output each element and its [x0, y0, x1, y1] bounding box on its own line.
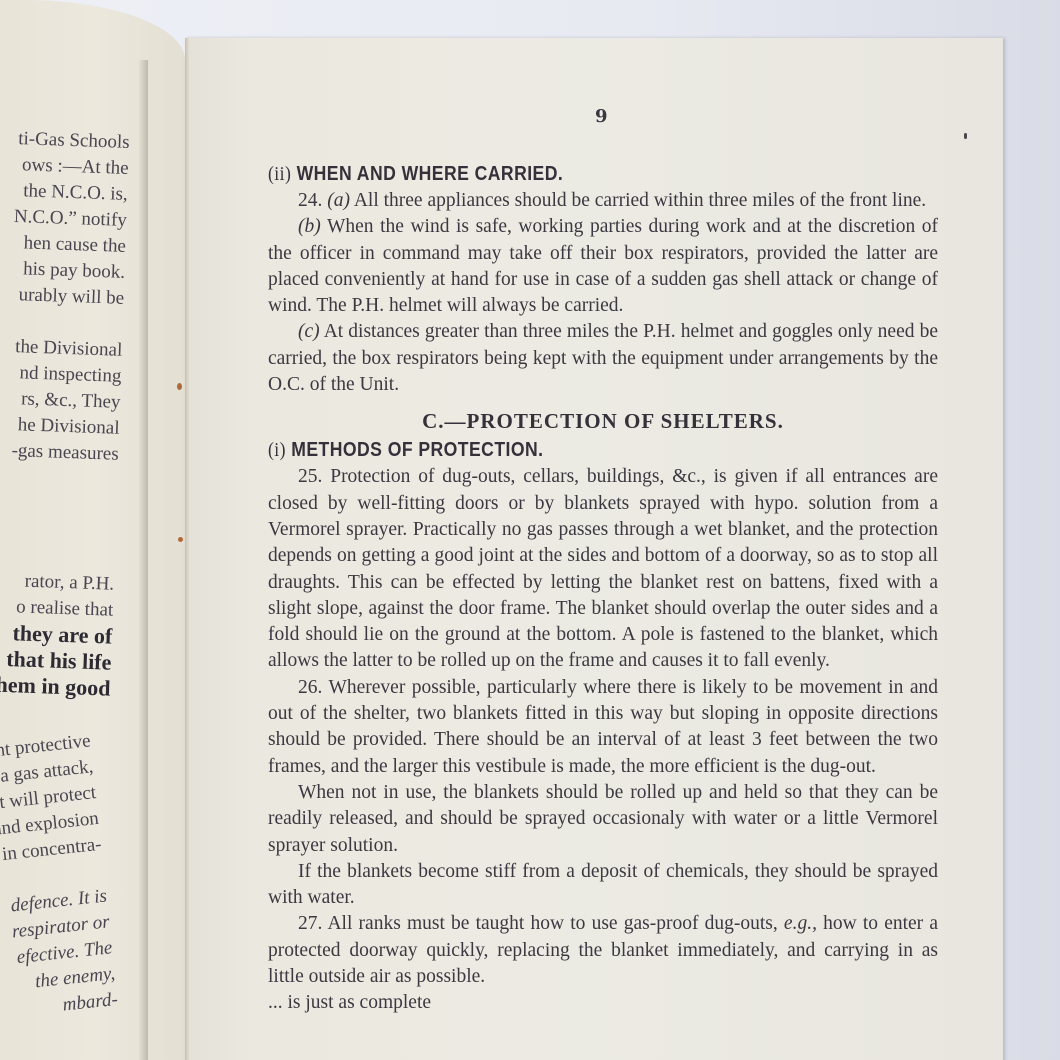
subheading-methods-of-protection: (i) METHODS OF PROTECTION. [268, 436, 858, 464]
page-body: (ii) WHEN AND WHERE CARRIED. 24. (a) All… [268, 160, 938, 1017]
paragraph-24a: 24. (a) All three appliances should be c… [268, 188, 938, 214]
left-line: the N.C.O. is, [0, 176, 128, 208]
left-page-text: ti-Gas Schools ows :—At the the N.C.O. i… [0, 124, 130, 1013]
left-page-gutter-shadow [138, 60, 148, 1060]
left-line: rs, &c., They [0, 384, 121, 416]
rust-spot [177, 383, 182, 390]
clause-label: (a) [327, 190, 350, 211]
paragraph-text: When the wind is safe, working parties d… [268, 216, 938, 316]
paragraph-text: At distances greater than three miles th… [268, 321, 938, 395]
section-title-protection-of-shelters: C.—PROTECTION OF SHELTERS. [268, 406, 938, 436]
left-heading-fragment: NT. [0, 514, 116, 546]
left-line: rator, a P.H. [0, 566, 115, 598]
rust-spot [178, 537, 183, 542]
page-gutter [185, 38, 189, 1060]
left-line: ti-Gas Schools [0, 124, 130, 156]
subheading-when-where-carried: (ii) WHEN AND WHERE CARRIED. [268, 160, 858, 188]
right-page: 9 (ii) WHEN AND WHERE CARRIED. 24. (a) A… [185, 38, 1003, 1060]
paragraph-number: 24. [298, 190, 322, 211]
left-line: the Divisional [0, 332, 123, 364]
paragraph-number: 27. [298, 913, 322, 934]
paragraph-26: 26. Wherever possible, particularly wher… [268, 675, 938, 780]
paragraph-24b: (b) When the wind is safe, working parti… [268, 214, 938, 319]
left-line: nd inspecting [0, 358, 122, 390]
left-line: o realise that [0, 592, 114, 624]
left-page: ti-Gas Schools ows :—At the the N.C.O. i… [0, 0, 185, 1060]
paragraph-25: 25. Protection of dug-outs, cellars, bui… [268, 464, 938, 674]
left-line: hen cause the [0, 228, 126, 260]
left-line-bold: hem in good [0, 670, 111, 702]
paragraph-26-stiff-blankets: If the blankets become stiff from a depo… [268, 859, 938, 912]
paragraph-text: All ranks must be taught how to use gas-… [327, 913, 777, 934]
paragraph-24c: (c) At distances greater than three mile… [268, 319, 938, 398]
left-line: -gas measures [0, 436, 119, 468]
left-line-bold: they are of [0, 618, 113, 650]
paragraph-27: 27. All ranks must be taught how to use … [268, 911, 938, 990]
clause-label: (b) [298, 216, 321, 237]
left-line: he Divisional [0, 410, 120, 442]
left-line: his pay book. [0, 254, 125, 286]
left-line: N.C.O.” notify [0, 202, 127, 234]
left-line-bold: that his life [0, 644, 112, 676]
cut-off-line: ... is just as complete [268, 990, 938, 1016]
subheading-numeral: (i) [268, 439, 286, 461]
clause-label: (c) [298, 321, 320, 342]
left-line: urably will be [0, 280, 125, 312]
paragraph-26-storage: When not in use, the blankets should be … [268, 780, 938, 859]
paragraph-text: All three appliances should be carried w… [354, 190, 926, 211]
subheading-numeral: (ii) [268, 163, 291, 185]
abbreviation: e.g., [784, 913, 817, 934]
subheading-text: WHEN AND WHERE CARRIED. [297, 163, 564, 185]
subheading-text: METHODS OF PROTECTION. [291, 439, 543, 461]
ink-speck [964, 133, 967, 139]
page-number: 9 [595, 106, 608, 127]
